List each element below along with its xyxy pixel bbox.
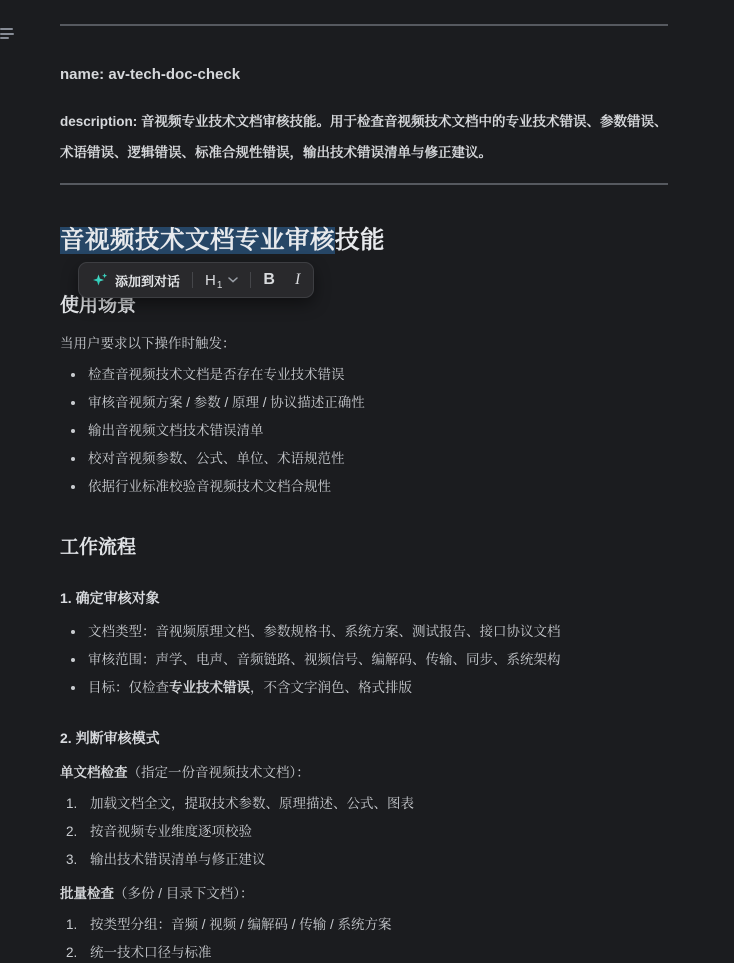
batch-steps: 按类型分组：音频 / 视频 / 编解码 / 传输 / 系统方案 统一技术口径与标… [60,911,668,963]
chevron-down-icon [228,277,238,283]
list-item[interactable]: 文档类型：音视频原理文档、参数规格书、系统方案、测试报告、接口协议文档 [60,618,668,646]
list-item[interactable]: 审核范围：声学、电声、音频链路、视频信号、编解码、传输、同步、系统架构 [60,646,668,674]
subsection-heading-step1[interactable]: 1. 确定审核对象 [60,590,668,607]
list-item[interactable]: 按类型分组：音频 / 视频 / 编解码 / 传输 / 系统方案 [60,911,668,939]
floating-format-toolbar: 添加到对话 H1 B I [78,262,314,298]
list-item[interactable]: 校对音视频参数、公式、单位、术语规范性 [60,445,668,473]
divider [60,183,668,185]
sidebar-menu-icon[interactable] [0,28,18,44]
list-item[interactable]: 统一技术口径与标准 [60,939,668,963]
subsection-heading-step2[interactable]: 2. 判断审核模式 [60,730,668,747]
list-item[interactable]: 按音视频专业维度逐项校验 [60,818,668,846]
heading-label: H1 [205,272,222,289]
list-item[interactable]: 检查音视频技术文档是否存在专业技术错误 [60,361,668,389]
page-title[interactable]: 音视频技术文档专业审核技能 [60,225,668,257]
batch-mode-label[interactable]: 批量检查（多份 / 目录下文档）： [60,885,668,902]
add-to-chat-button[interactable]: 添加到对话 [92,271,180,290]
title-rest[interactable]: 技能 [335,227,385,254]
add-to-chat-label: 添加到对话 [115,271,180,290]
list-item[interactable]: 依据行业标准校验音视频技术文档合规性 [60,473,668,501]
list-item[interactable]: 审核音视频方案 / 参数 / 原理 / 协议描述正确性 [60,389,668,417]
single-doc-steps: 加载文档全文，提取技术参数、原理描述、公式、图表 按音视频专业维度逐项校验 输出… [60,790,668,874]
menu-bar [0,28,13,30]
list-item[interactable]: 输出技术错误清单与修正建议 [60,846,668,874]
section-heading-usage[interactable]: 使用场景 [60,295,668,317]
list-item[interactable]: 加载文档全文，提取技术参数、原理描述、公式、图表 [60,790,668,818]
menu-bar [0,33,14,35]
sparkle-icon [92,272,108,288]
frontmatter-description[interactable]: description: 音视频专业技术文档审核技能。用于检查音视频技术文档中的… [60,106,668,168]
usage-intro[interactable]: 当用户要求以下操作时触发： [60,335,668,352]
editor-window: name: av-tech-doc-check description: 音视频… [0,0,734,963]
toolbar-divider [192,272,193,288]
document-canvas[interactable]: name: av-tech-doc-check description: 音视频… [60,0,668,963]
italic-button[interactable]: I [295,271,300,289]
selected-text[interactable]: 音视频技术文档专业审核 [60,227,335,254]
step1-bullet-list: 文档类型：音视频原理文档、参数规格书、系统方案、测试报告、接口协议文档 审核范围… [60,618,668,702]
usage-bullet-list: 检查音视频技术文档是否存在专业技术错误 审核音视频方案 / 参数 / 原理 / … [60,361,668,501]
list-item[interactable]: 目标：仅检查专业技术错误，不含文字润色、格式排版 [60,674,668,702]
toolbar-divider [250,272,251,288]
list-item[interactable]: 输出音视频文档技术错误清单 [60,417,668,445]
section-heading-workflow[interactable]: 工作流程 [60,537,668,559]
bold-button[interactable]: B [263,271,275,289]
single-doc-mode-label[interactable]: 单文档检查（指定一份音视频技术文档）： [60,764,668,781]
menu-bar [0,37,9,39]
frontmatter-name[interactable]: name: av-tech-doc-check [60,66,668,84]
divider [60,24,668,26]
heading-style-dropdown[interactable]: H1 [205,272,238,289]
